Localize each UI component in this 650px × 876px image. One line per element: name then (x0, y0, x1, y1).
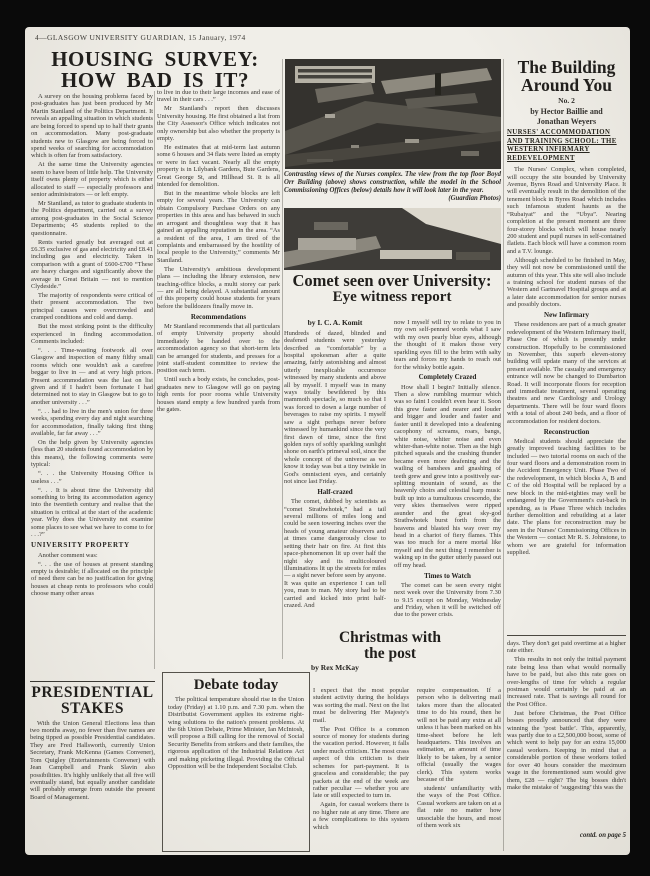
newspaper-page: 4—GLASGOW UNIVERSITY GUARDIAN, 15 Januar… (25, 27, 630, 855)
paragraph: He estimates that at mid-term last autum… (157, 144, 280, 189)
scan-background: 4—GLASGOW UNIVERSITY GUARDIAN, 15 Januar… (0, 0, 650, 876)
christmas-column-3: days. They don't get paid overtime at a … (507, 640, 626, 828)
christmas-column-2: require compensation. If a person who is… (417, 687, 501, 853)
presidential-body: With the Union General Elections less th… (30, 720, 155, 850)
paragraph: The comet can be seen every night next w… (394, 582, 501, 619)
christmas-headline-line1: Christmas with (295, 630, 485, 646)
paragraph: require compensation. If a person who is… (417, 687, 501, 783)
paragraph: The Post Office is a common source of mo… (313, 726, 409, 800)
paragraph: days. They don't get paid overtime at a … (507, 640, 626, 655)
subhead-half-crazed: Half-crazed (284, 488, 386, 496)
paragraph: On the help given by University agencies… (31, 439, 153, 469)
building-body: The Nurses' Complex, when completed, wil… (507, 166, 626, 558)
paragraph: Until such a body exists, he concludes, … (157, 376, 280, 413)
paragraph: Although scheduled to be finished in May… (507, 257, 626, 309)
building-article: The Building Around You No. 2 by Hector … (507, 59, 626, 631)
paragraph: “. . . the use of houses at present stan… (31, 561, 153, 598)
paragraph: “. . . had to live in the men's union fo… (31, 408, 153, 438)
paragraph: At the same time the University agencies… (31, 161, 153, 198)
comet-column-b: now I myself will try to relate to you i… (394, 319, 501, 629)
building-byline-line1: by Hector Baillie and (507, 107, 626, 117)
column-rule (282, 59, 283, 659)
christmas-byline: by Rex McKay (295, 664, 485, 672)
column-gutter (409, 687, 417, 853)
building-headline: The Building Around You (507, 59, 626, 94)
debate-article: Debate today The political temperature s… (162, 672, 310, 852)
paragraph: students' unfamiliarity with the ways of… (417, 785, 501, 830)
paragraph: A survey on the housing problems faced b… (31, 93, 153, 160)
building-number: No. 2 (507, 96, 626, 105)
paragraph: Mr Staniland recommends that all particu… (157, 323, 280, 375)
paragraph: Rents varied greatly but averaged out at… (31, 239, 153, 291)
column-rule (154, 91, 155, 669)
paragraph: These residences are part of a much grea… (507, 321, 626, 425)
building-byline-line2: Jonathan Weyers (507, 117, 626, 127)
continued-notice: contd. on page 5 (507, 832, 626, 839)
christmas-article: I expect that the most popular student a… (313, 687, 501, 853)
building-byline: by Hector Baillie and Jonathan Weyers (507, 107, 626, 126)
paragraph: The political temperature should rise in… (168, 696, 304, 770)
paragraph: But in the meantime whole blocks are lef… (157, 190, 280, 264)
photo-caption: Contrasting views of the Nurses complex.… (284, 171, 501, 204)
paragraph: “. . . Time-wasting footwork all over Gl… (31, 347, 153, 406)
debate-headline: Debate today (168, 678, 304, 693)
christmas-headline: Christmas with the post by Rex McKay (295, 630, 485, 671)
model-photo-image (284, 208, 501, 270)
paragraph: This results in not only the initial pay… (507, 656, 626, 708)
comet-byline: by I. C. A. Komit (284, 319, 386, 328)
subhead-new-infirmary: New Infirmary (507, 311, 626, 319)
building-headline-line2: Around You (507, 77, 626, 95)
paragraph: now I myself will try to relate to you i… (394, 319, 501, 371)
subhead-university-property: UNIVERSITY PROPERTY (31, 541, 153, 549)
comet-column-a: by I. C. A. Komit Hundreds of dazed, bli… (284, 319, 386, 629)
section-rule (507, 635, 626, 636)
building-subhead: NURSES' ACCOMMODATION AND TRAINING SCHOO… (507, 129, 626, 163)
paragraph: The University's ambitious development p… (157, 266, 280, 311)
subhead-reconstruction: Reconstruction (507, 428, 626, 436)
paragraph: “. . . It is about time the University d… (31, 487, 153, 539)
paragraph: The Nurses' Complex, when completed, wil… (507, 166, 626, 255)
photo-credit: (Guardian Photos) (284, 195, 501, 203)
housing-headline-line1: HOUSING SURVEY: (29, 49, 281, 70)
presidential-headline: PRESIDENTIAL STAKES (30, 685, 155, 717)
presidential-article: PRESIDENTIAL STAKES With the Union Gener… (30, 681, 155, 855)
masthead: 4—GLASGOW UNIVERSITY GUARDIAN, 15 Januar… (35, 33, 465, 42)
comet-headline-line2: Eye witness report (283, 290, 501, 305)
comet-article: by I. C. A. Komit Hundreds of dazed, bli… (284, 319, 501, 629)
construction-photo-image (285, 59, 501, 169)
paragraph: The majority of respondents were critica… (31, 292, 153, 322)
housing-headline: HOUSING SURVEY: HOW BAD IS IT? (29, 49, 281, 92)
subhead-completely-crazed: Completely Crazed (394, 373, 501, 381)
paragraph: With the Union General Elections less th… (30, 720, 155, 802)
paragraph: Hundreds of dazed, blinded and deafened … (284, 330, 386, 486)
subhead-recommendations: Recommendations (157, 313, 280, 321)
paragraph: Medical students should appreciate the g… (507, 438, 626, 557)
building-headline-line1: The Building (507, 59, 626, 77)
paragraph: “. . . the University Housing Office is … (31, 470, 153, 485)
model-photo (284, 208, 501, 270)
right-column: The Building Around You No. 2 by Hector … (507, 59, 626, 852)
construction-photo (285, 59, 501, 169)
photo-caption-text: Contrasting views of the Nurses complex.… (284, 171, 501, 194)
subhead-times-to-watch: Times to Watch (394, 572, 501, 580)
comet-headline-line1: Comet seen over University: (283, 273, 501, 290)
column-rule (503, 59, 504, 851)
presidential-headline-line2: STAKES (30, 701, 155, 717)
paragraph: Mr Staniland, as tutor to graduate stude… (31, 200, 153, 237)
debate-body: The political temperature should rise in… (168, 696, 304, 838)
column-gutter (386, 319, 394, 629)
paragraph: Another comment was: (31, 552, 153, 559)
paragraph: The comet, dubbed by scientists as “come… (284, 498, 386, 609)
paragraph: Mr Staniland's report then discusses Uni… (157, 105, 280, 142)
housing-column-1: A survey on the housing problems faced b… (31, 93, 153, 675)
paragraph: How shall I begin? Initially silence. Th… (394, 384, 501, 570)
paragraph: Just before Christmas, the Post Office b… (507, 710, 626, 792)
paragraph: But the most striking point is the diffi… (31, 323, 153, 345)
paragraph: Again, for casual workers there is no hi… (313, 801, 409, 831)
presidential-headline-line1: PRESIDENTIAL (30, 685, 155, 701)
paragraph: I expect that the most popular student a… (313, 687, 409, 724)
paragraph: to live in due to their large incomes an… (157, 89, 280, 104)
christmas-column-1: I expect that the most popular student a… (313, 687, 409, 853)
christmas-headline-line2: the post (295, 646, 485, 662)
housing-column-2: to live in due to their large incomes an… (157, 89, 280, 663)
comet-headline: Comet seen over University: Eye witness … (283, 273, 501, 305)
